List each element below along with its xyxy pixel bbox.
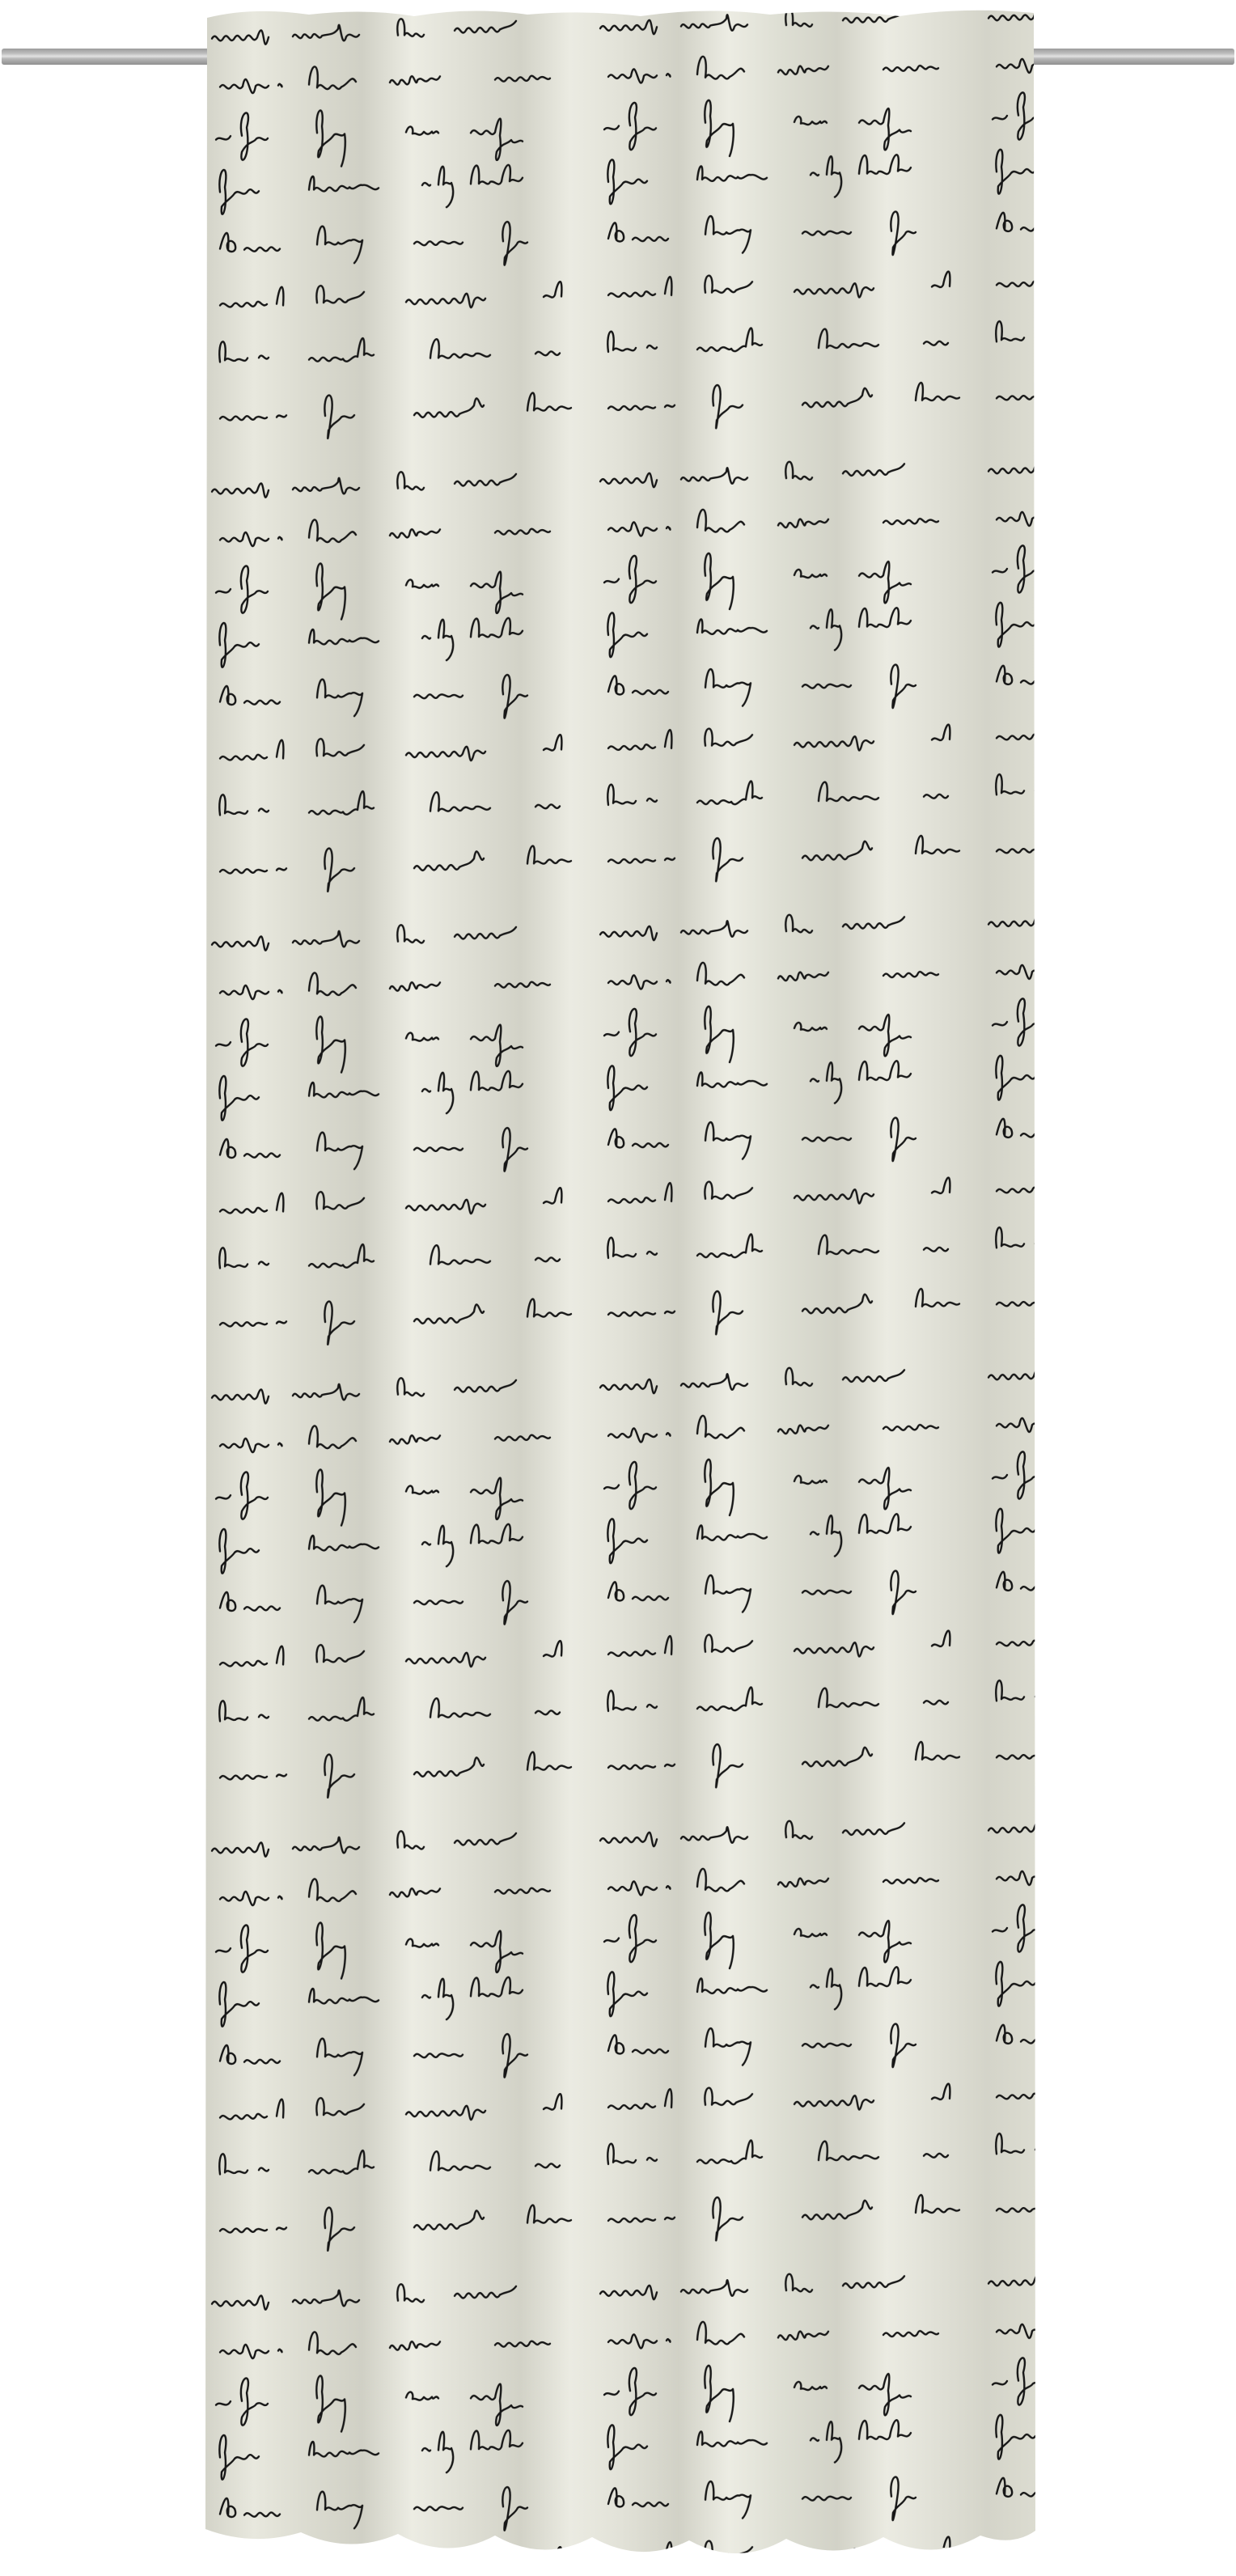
curtain-fabric: [204, 6, 1037, 2567]
curtain-graphic: [204, 6, 1037, 2567]
curtain-panel: Cream curtain with cursive handwriting p…: [204, 6, 1037, 2567]
